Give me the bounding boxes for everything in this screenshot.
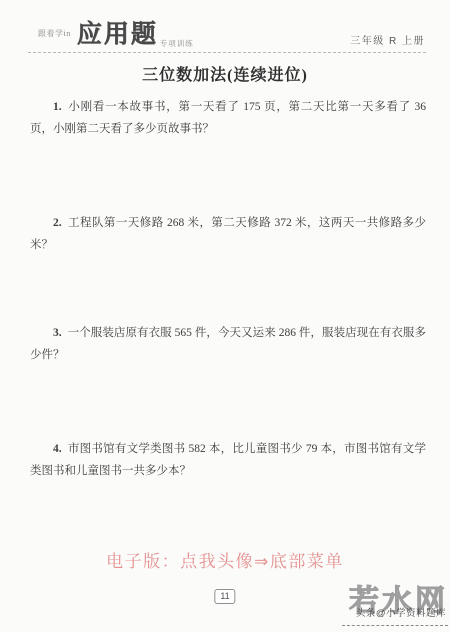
promo-text: 电子版：点我头像⇒底部菜单 <box>0 547 450 572</box>
problem-number: 4. <box>53 443 62 455</box>
watermark-divider <box>342 625 448 626</box>
problem-number: 3. <box>53 327 62 339</box>
workbook-page: 跟着学in 应用题 专项训练 三年级 R 上册 三位数加法(连续进位) 1.小刚… <box>0 0 450 632</box>
brand-logo: 跟着学in 应用题 专项训练 <box>38 14 194 50</box>
watermark-source-text: 头条@小学资料题库 <box>356 605 446 619</box>
logo-prefix-text: 跟着学in <box>38 29 71 38</box>
problem-text: 市图书馆有文学类图书 582 本，比儿童图书少 79 本，市图书馆有文学类图书和… <box>30 443 426 477</box>
logo-title-text: 应用题 <box>77 20 158 48</box>
logo-subtitle-text: 专项训练 <box>160 39 194 48</box>
page-number-badge: 11 <box>214 589 235 604</box>
problem-item-2: 2.工程队第一天修路 268 米，第二天修路 372 米，这两天一共修路多少米？ <box>30 212 426 256</box>
header-divider <box>28 52 426 53</box>
page-title: 三位数加法(连续进位) <box>0 62 450 85</box>
problem-item-1: 1.小刚看一本故事书，第一天看了 175 页，第二天比第一天多看了 36 页，小… <box>30 96 426 140</box>
problem-text: 一个服装店原有衣服 565 件，今天又运来 286 件，服装店现在有衣服多少件？ <box>30 327 426 361</box>
problem-number: 1. <box>53 101 62 113</box>
problem-number: 2. <box>53 217 62 229</box>
problem-text: 工程队第一天修路 268 米，第二天修路 372 米，这两天一共修路多少米？ <box>30 217 426 251</box>
problem-item-3: 3.一个服装店原有衣服 565 件，今天又运来 286 件，服装店现在有衣服多少… <box>30 322 426 366</box>
problem-item-4: 4.市图书馆有文学类图书 582 本，比儿童图书少 79 本，市图书馆有文学类图… <box>30 438 426 482</box>
problem-text: 小刚看一本故事书，第一天看了 175 页，第二天比第一天多看了 36 页，小刚第… <box>30 101 426 135</box>
edition-label: 三年级 R 上册 <box>350 32 425 47</box>
watermark: 若水网 头条@小学资料题库 <box>320 580 448 630</box>
